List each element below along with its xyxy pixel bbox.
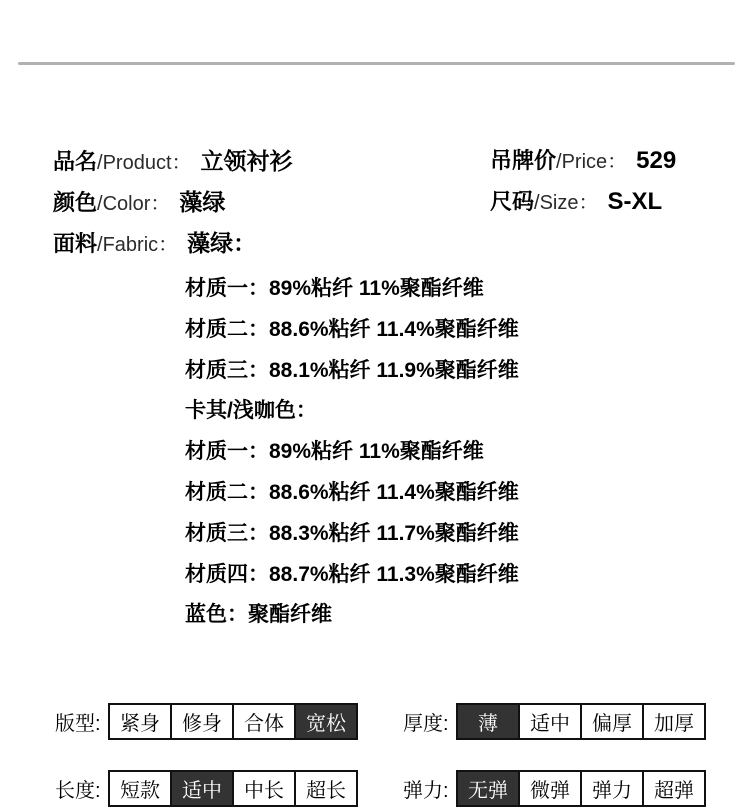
attr-option: 超长	[294, 770, 358, 807]
attr-option: 适中	[518, 703, 582, 740]
attr-group-elasticity: 弹力:无弹微弹弹力超弹	[403, 770, 706, 807]
fabric-value: 藻绿：	[187, 228, 256, 258]
top-divider	[18, 62, 735, 65]
color-row: 颜色 /Color： 藻绿	[53, 187, 225, 219]
color-value: 藻绿	[179, 187, 225, 217]
fabric-label-en: /Fabric：	[97, 230, 178, 260]
price-row: 吊牌价 /Price： 529	[490, 146, 676, 177]
attr-row-1: 版型:紧身修身合体宽松厚度:薄适中偏厚加厚	[55, 703, 706, 740]
attr-option-selected: 宽松	[294, 703, 358, 740]
attr-options-length: 短款适中中长超长	[108, 770, 358, 807]
attr-label-length: 长度:	[55, 774, 108, 803]
fabric-label-cn: 面料	[53, 229, 97, 259]
fabric-line: 材质四：88.7%粘纤 11.3%聚酯纤维	[185, 555, 519, 596]
size-label-en: /Size：	[534, 188, 598, 218]
product-name-row: 品名 /Product： 立领衬衫	[53, 146, 293, 178]
fabric-row: 面料 /Fabric： 藻绿：	[53, 228, 256, 260]
attr-option-selected: 适中	[170, 770, 234, 807]
attr-option: 弹力	[580, 770, 644, 807]
attr-group-length: 长度:短款适中中长超长	[55, 770, 358, 807]
attr-option-selected: 薄	[456, 703, 520, 740]
attr-label-thickness: 厚度:	[403, 707, 456, 736]
attr-options-elasticity: 无弹微弹弹力超弹	[456, 770, 706, 807]
attr-option: 合体	[232, 703, 296, 740]
attr-group-thickness: 厚度:薄适中偏厚加厚	[403, 703, 706, 740]
size-label-cn: 尺码	[490, 187, 534, 217]
attr-option: 偏厚	[580, 703, 644, 740]
attr-option: 短款	[108, 770, 172, 807]
size-value: S-XL	[607, 187, 662, 217]
attr-option-selected: 无弹	[456, 770, 520, 807]
fabric-line: 材质三：88.3%粘纤 11.7%聚酯纤维	[185, 514, 519, 555]
product-label-en: /Product：	[97, 148, 191, 178]
product-label-cn: 品名	[53, 147, 97, 177]
price-value: 529	[636, 146, 676, 176]
attr-group-fit: 版型:紧身修身合体宽松	[55, 703, 358, 740]
attr-row-2: 长度:短款适中中长超长弹力:无弹微弹弹力超弹	[55, 770, 706, 807]
price-label-cn: 吊牌价	[490, 146, 556, 176]
fabric-line: 蓝色：聚酯纤维	[185, 595, 519, 636]
fabric-detail-lines: 材质一：89%粘纤 11%聚酯纤维材质二：88.6%粘纤 11.4%聚酯纤维材质…	[185, 269, 519, 636]
attr-options-fit: 紧身修身合体宽松	[108, 703, 358, 740]
attr-option: 超弹	[642, 770, 706, 807]
attr-label-elasticity: 弹力:	[403, 774, 456, 803]
fabric-line: 材质一：89%粘纤 11%聚酯纤维	[185, 269, 519, 310]
attr-label-fit: 版型:	[55, 707, 108, 736]
color-label-cn: 颜色	[53, 188, 97, 218]
attr-option: 中长	[232, 770, 296, 807]
attr-option: 微弹	[518, 770, 582, 807]
attr-option: 加厚	[642, 703, 706, 740]
product-name-value: 立领衬衫	[201, 146, 293, 176]
fabric-line: 材质三：88.1%粘纤 11.9%聚酯纤维	[185, 351, 519, 392]
fabric-line: 材质二：88.6%粘纤 11.4%聚酯纤维	[185, 310, 519, 351]
color-label-en: /Color：	[97, 189, 170, 219]
attr-options-thickness: 薄适中偏厚加厚	[456, 703, 706, 740]
size-row: 尺码 /Size： S-XL	[490, 187, 662, 218]
attr-option: 修身	[170, 703, 234, 740]
attr-option: 紧身	[108, 703, 172, 740]
price-label-en: /Price：	[556, 147, 627, 177]
fabric-line: 卡其/浅咖色：	[185, 391, 519, 432]
fabric-line: 材质二：88.6%粘纤 11.4%聚酯纤维	[185, 473, 519, 514]
fabric-line: 材质一：89%粘纤 11%聚酯纤维	[185, 432, 519, 473]
